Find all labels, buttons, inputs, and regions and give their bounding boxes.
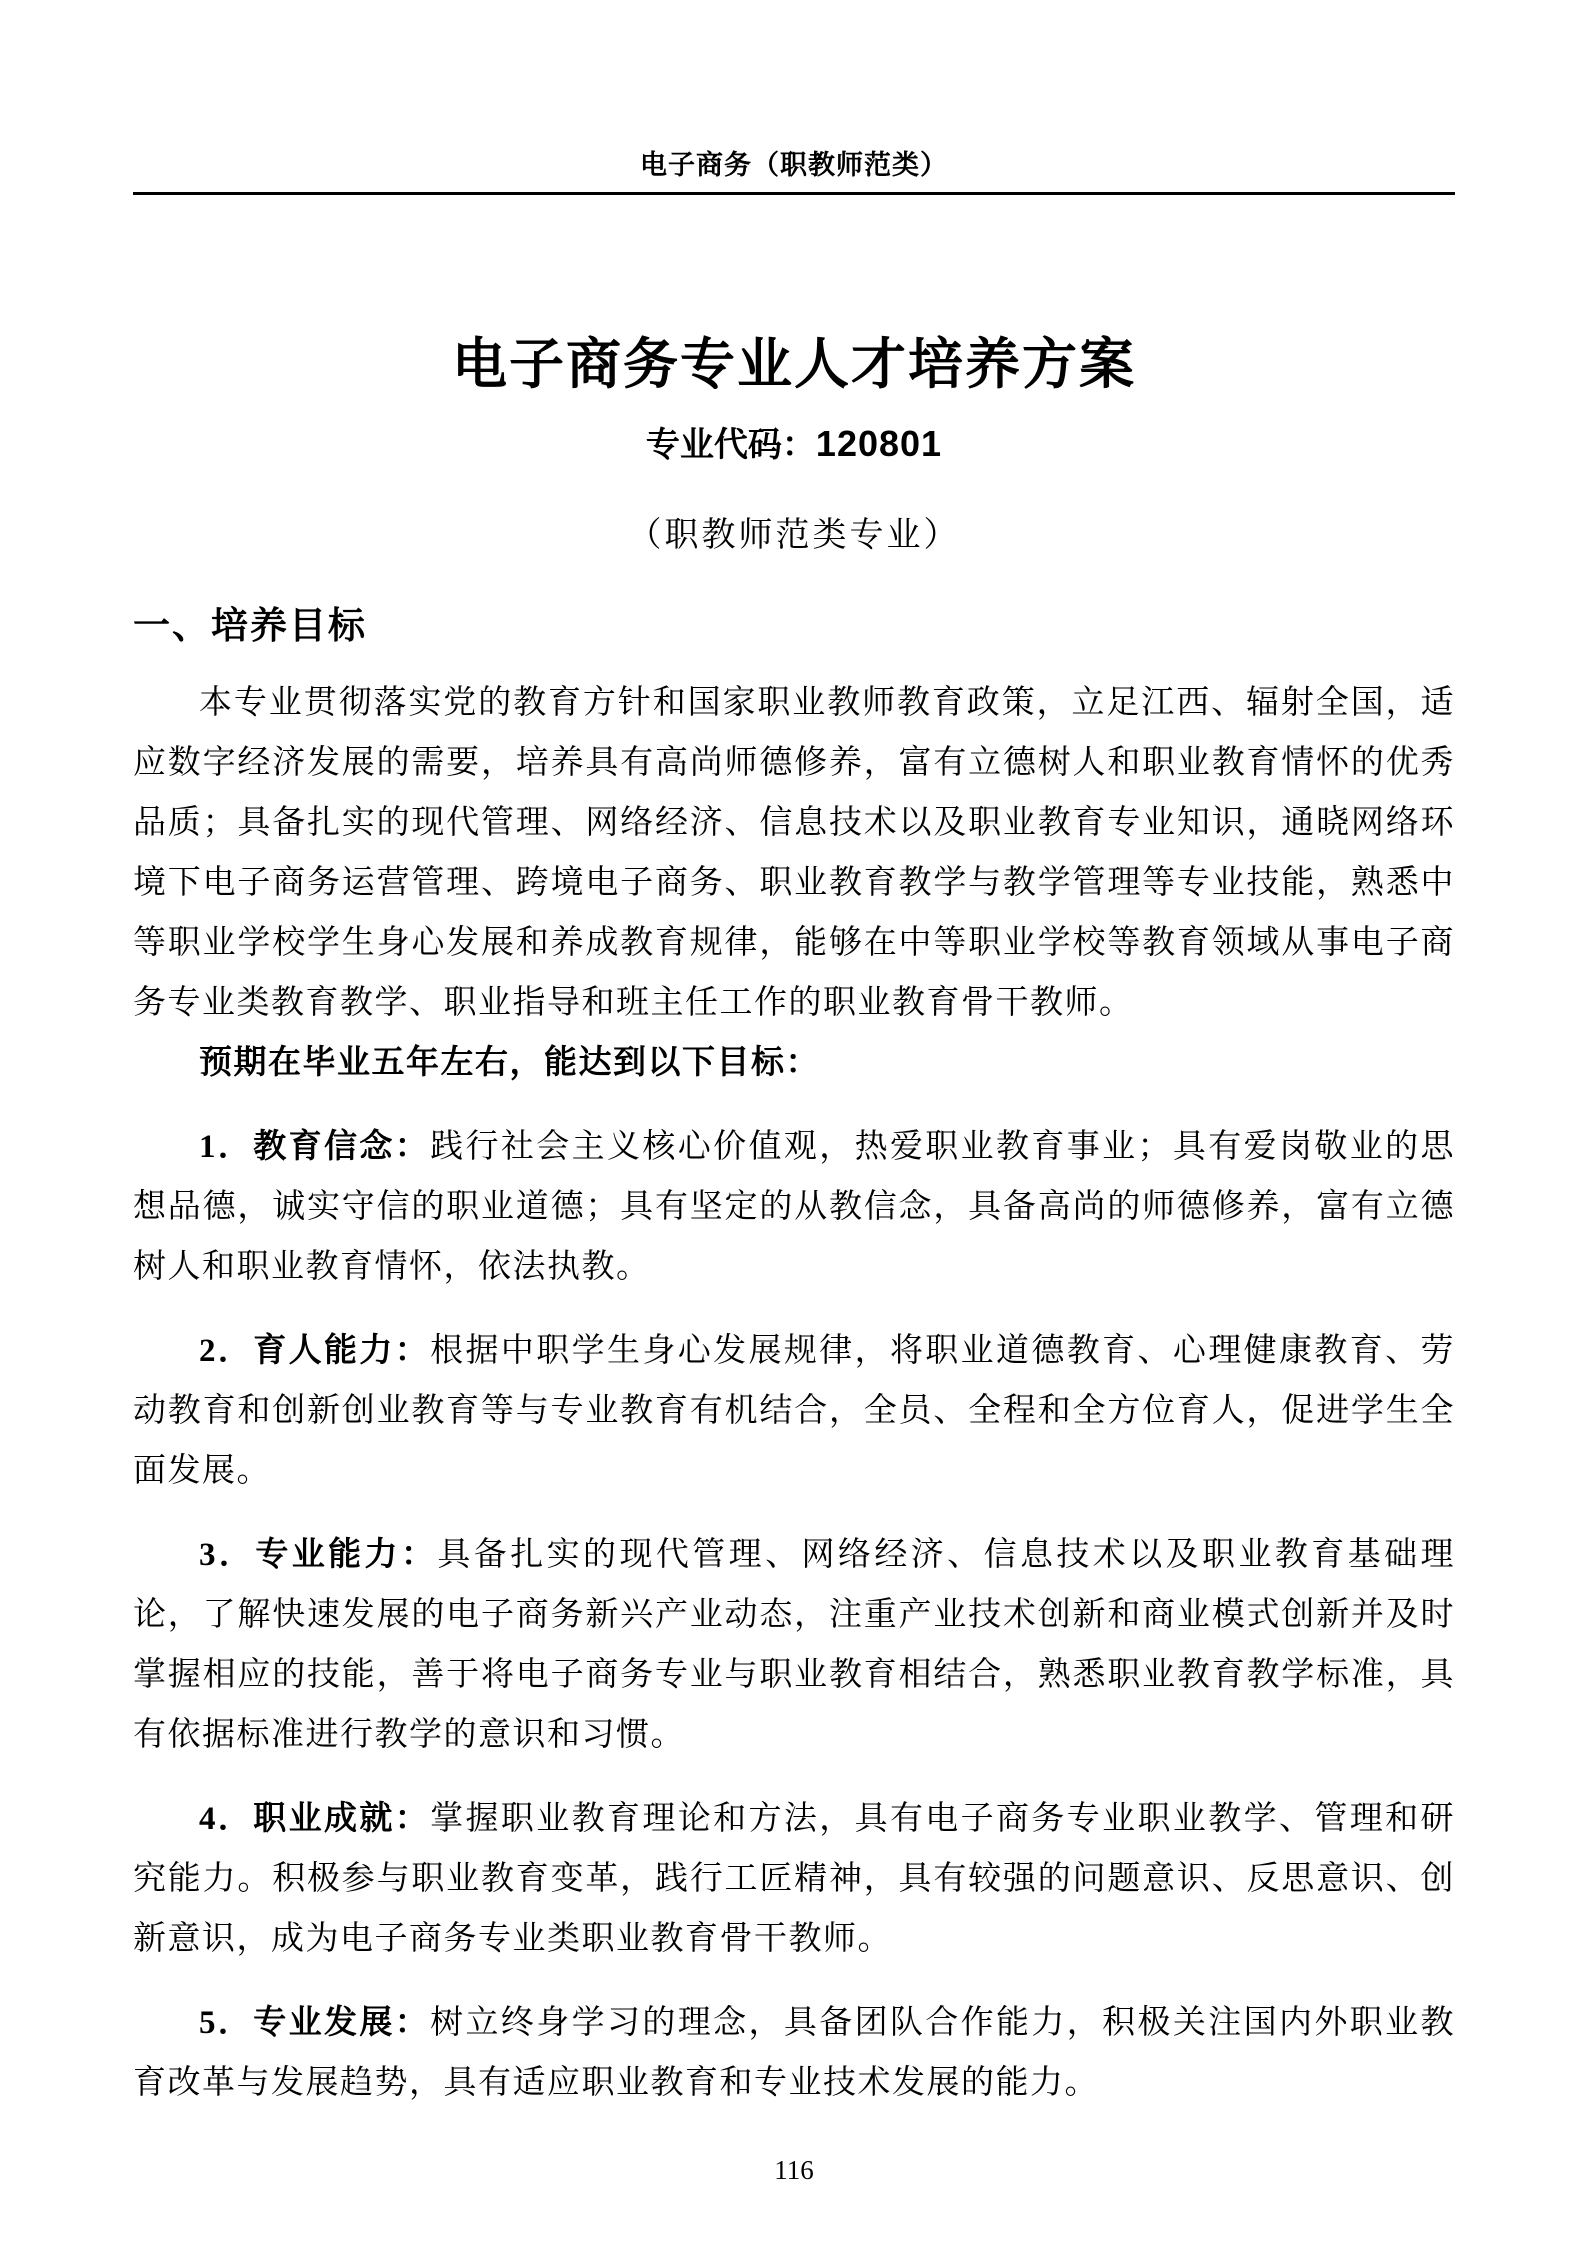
- goal-paragraph-5: 5．专业发展：树立终身学习的理念，具备团队合作能力，积极关注国内外职业教育改革与…: [133, 1993, 1455, 2113]
- document-page: 电子商务（职教师范类） 电子商务专业人才培养方案 专业代码：120801 （职教…: [0, 0, 1586, 2245]
- goal-paragraph-1: 1．教育信念：践行社会主义核心价值观，热爱职业教育事业；具有爱岗敬业的思想品德，…: [133, 1117, 1455, 1297]
- major-code-label: 专业代码：: [646, 427, 816, 464]
- goal-label-1: 1．教育信念：: [199, 1129, 430, 1165]
- goal-label-2: 2．育人能力：: [199, 1333, 430, 1369]
- major-code-value: 120801: [816, 423, 942, 464]
- major-code-line: 专业代码：120801: [133, 423, 1455, 467]
- goal-paragraph-3: 3．专业能力：具备扎实的现代管理、网络经济、信息技术以及职业教育基础理论，了解快…: [133, 1525, 1455, 1765]
- goal-label-4: 4．职业成就：: [199, 1801, 430, 1837]
- expectation-line: 预期在毕业五年左右，能达到以下目标：: [133, 1033, 1455, 1093]
- section-heading-training-objectives: 一、培养目标: [133, 603, 1455, 649]
- page-header-title: 电子商务（职教师范类）: [133, 150, 1455, 180]
- intro-paragraph: 本专业贯彻落实党的教育方针和国家职业教师教育政策，立足江西、辐射全国，适应数字经…: [133, 673, 1455, 1033]
- page-header: 电子商务（职教师范类）: [133, 150, 1455, 195]
- goal-paragraph-2: 2．育人能力：根据中职学生身心发展规律，将职业道德教育、心理健康教育、劳动教育和…: [133, 1321, 1455, 1501]
- goal-label-5: 5．专业发展：: [199, 2005, 430, 2041]
- document-subtitle: （职教师范类专业）: [133, 515, 1455, 557]
- page-number: 116: [133, 2153, 1455, 2187]
- goal-paragraph-4: 4．职业成就：掌握职业教育理论和方法，具有电子商务专业职业教学、管理和研究能力。…: [133, 1789, 1455, 1969]
- document-title: 电子商务专业人才培养方案: [133, 335, 1455, 395]
- goal-label-3: 3．专业能力：: [199, 1537, 437, 1573]
